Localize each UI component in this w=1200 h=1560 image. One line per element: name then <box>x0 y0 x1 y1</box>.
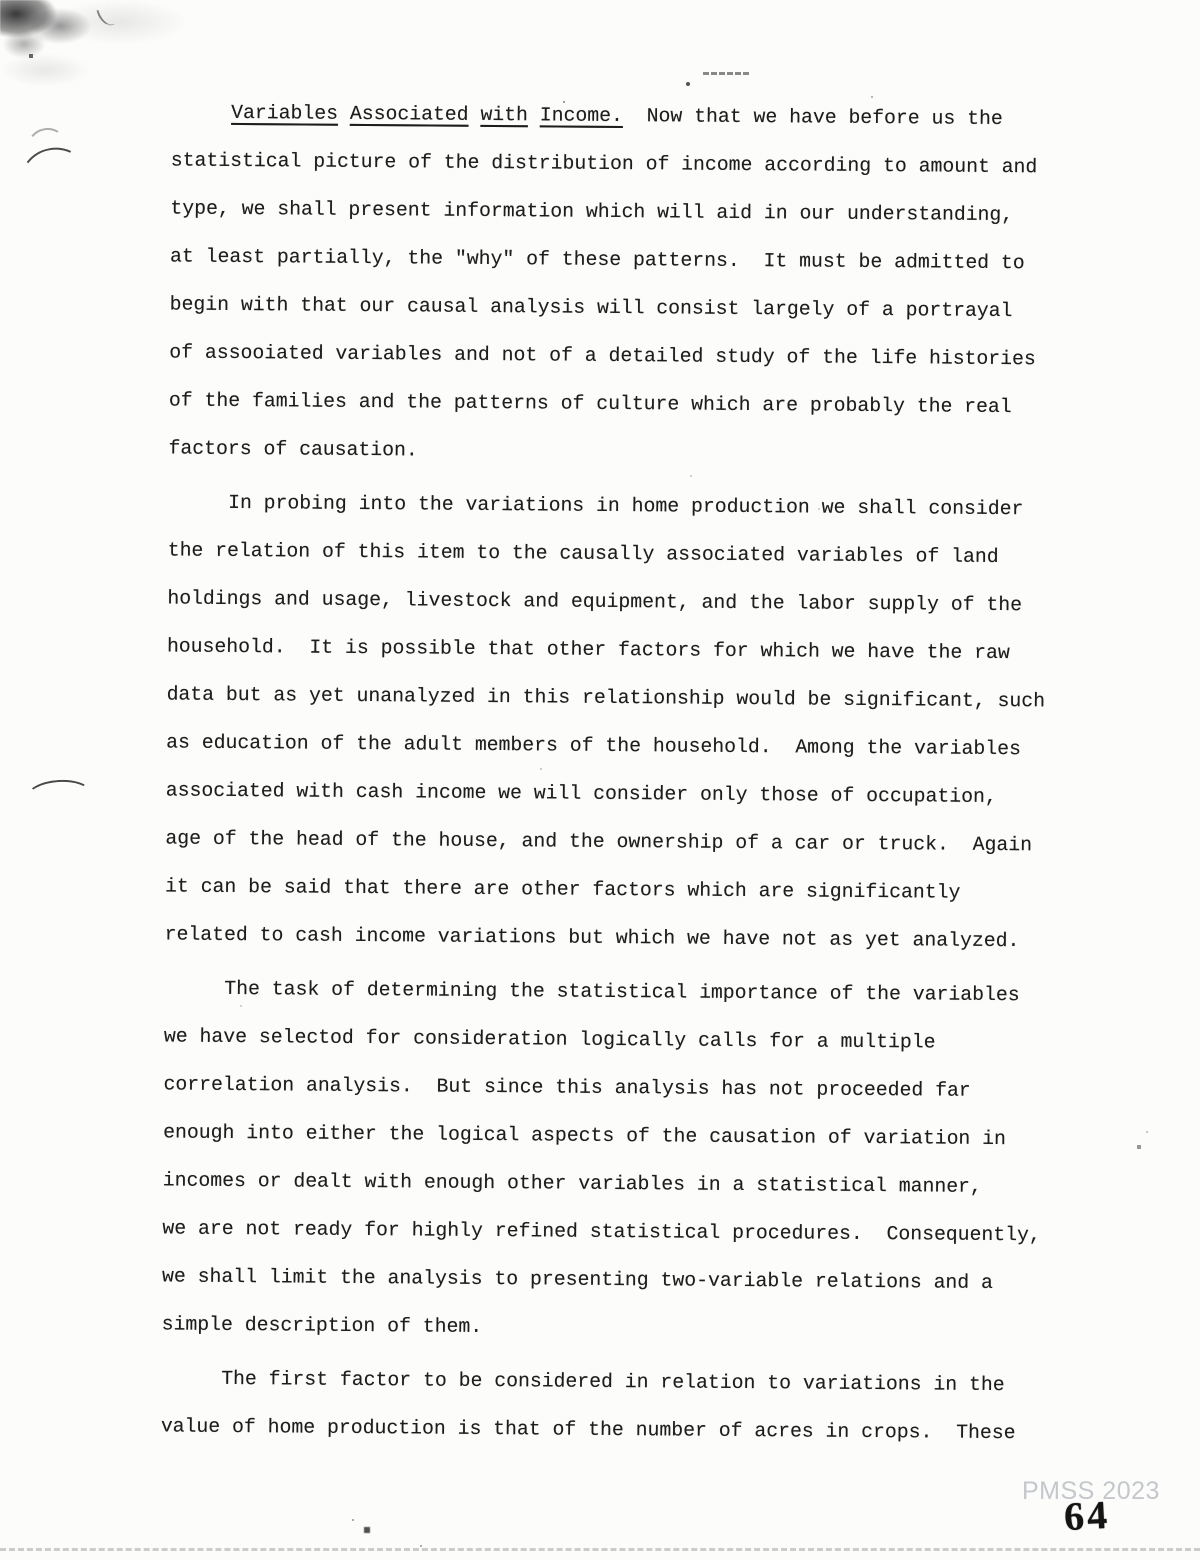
scan-dash-mark <box>703 72 749 75</box>
text-line: we are not ready for highly refined stat… <box>162 1204 1067 1259</box>
text-line: incomes or dealt with enough other varia… <box>163 1156 1068 1211</box>
text-line: The task of determining the statistical … <box>164 964 1069 1019</box>
text-line: correlation analysis. But since this ana… <box>163 1060 1068 1115</box>
text-line: household. It is possible that other fac… <box>167 622 1072 677</box>
text-line: associated with cash income we will cons… <box>166 766 1071 821</box>
scan-dot-mark <box>686 82 690 86</box>
underlined-heading-word: Variables <box>231 102 338 125</box>
scan-bottom-edge-dots <box>0 1548 1200 1551</box>
text-line: the relation of this item to the causall… <box>168 526 1073 581</box>
text-line: of the families and the patterns of cult… <box>169 376 1074 431</box>
text-line: enough into either the logical aspects o… <box>163 1108 1068 1163</box>
text-line: data but as yet unanalyzed in this relat… <box>166 670 1071 725</box>
text-line: The first factor to be considered in rel… <box>161 1354 1066 1409</box>
text-line: of assooiated variables and not of a det… <box>169 328 1074 383</box>
text-line: age of the head of the house, and the ow… <box>165 814 1070 869</box>
text-line: value of home production is that of the … <box>161 1402 1066 1457</box>
text-line: we have selectod for consideration logic… <box>164 1012 1069 1067</box>
text-line: it can be said that there are other fact… <box>165 862 1070 917</box>
underlined-heading-word: with <box>480 104 528 126</box>
text-block: Variables Associated with Income. Now th… <box>161 88 1077 1457</box>
text-line: as education of the adult members of the… <box>166 718 1071 773</box>
scan-corner-smudge <box>0 0 260 95</box>
text-line: Variables Associated with Income. Now th… <box>171 88 1076 143</box>
margin-arc-mark-upper <box>17 141 89 205</box>
text-line: at least partially, the "why" of these p… <box>170 232 1075 287</box>
margin-arc-mark-lower <box>25 778 93 815</box>
underlined-heading-word: Income. <box>540 104 623 127</box>
text-line: type, we shall present information which… <box>170 184 1075 239</box>
scan-noise-specks <box>0 0 2 2</box>
text-segment: Now that we have before us the <box>623 105 1003 130</box>
text-line: holdings and usage, livestock and equipm… <box>167 574 1072 629</box>
text-segment <box>528 104 540 126</box>
text-line: statistical picture of the distribution … <box>171 136 1076 191</box>
text-line: we shall limit the analysis to presentin… <box>162 1252 1067 1307</box>
scanned-document-page: Variables Associated with Income. Now th… <box>0 0 1200 1560</box>
underlined-heading-word: Associated <box>350 103 469 126</box>
text-line: related to cash income variations but wh… <box>165 910 1070 965</box>
page-number: 64 <box>1063 1491 1111 1540</box>
text-segment <box>469 104 481 126</box>
text-line: simple description of them. <box>161 1300 1066 1355</box>
text-segment <box>338 103 350 125</box>
text-line: In probing into the variations in home p… <box>168 478 1073 533</box>
text-line: factors of causation. <box>168 424 1073 479</box>
text-line: begin with that our causal analysis will… <box>169 280 1074 335</box>
